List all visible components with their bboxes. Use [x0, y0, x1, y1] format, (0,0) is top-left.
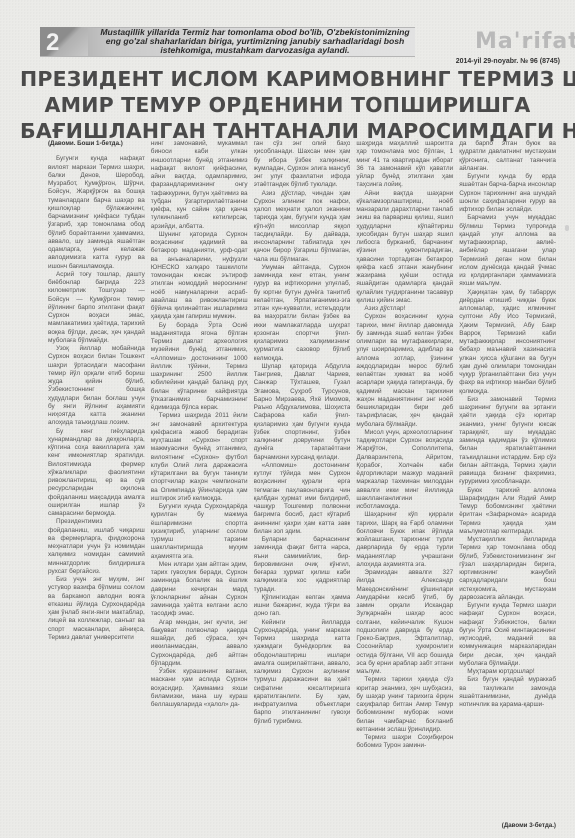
page-number: 2	[46, 29, 59, 56]
paragraph: Умуман айтганда, Сурхон заминида кенг ет…	[254, 264, 351, 363]
paragraph: Ўзбек курашининг ватани, маскани ҳам асл…	[151, 668, 248, 709]
article-column-2: нинг замонавий, мукаммал биноси каби улк…	[151, 140, 248, 830]
paragraph: Сурхон воҳасининг қуҳна тарихи, минг йил…	[356, 313, 453, 429]
paragraph: нинг замонавий, мукаммал биноси каби улк…	[151, 140, 248, 231]
paragraph: «Алпомиш» достонининг кутлуғ тўйида мен …	[254, 462, 351, 536]
paragraph: Президентимиз фойдаланиш, ишлаб чиқариш …	[48, 518, 145, 576]
paragraph: Кейинги йилларда Сурхондарёда, унинг мар…	[254, 619, 351, 726]
article-column-1: (Давоми. Боши 1-бетда.) Бугунги кунда на…	[48, 140, 145, 830]
article-column-5: да барпо этган буюк ва қудратли давлатни…	[459, 140, 556, 830]
paragraph: Термиз шаҳри Соҳибқирон бобомиз Турон за…	[356, 734, 453, 751]
article-headline: ПРЕЗИДЕНТ ИСЛОМ КАРИМОВНИНГ ТЕРМИЗ ШАҲРИ…	[20, 66, 555, 144]
paragraph: Узоқ йиллар мобайнида Сурхон воҳаси била…	[48, 345, 145, 428]
masthead-logo: Ma'rifat	[475, 29, 575, 54]
paragraph: Муҳтарам юртдошлар!	[459, 668, 556, 676]
headline-line-1: ПРЕЗИДЕНТ ИСЛОМ КАРИМОВНИНГ ТЕРМИЗ ШАҲРИ…	[20, 66, 555, 92]
paragraph: Мисол учун, археологларнинг тадқиқотлари…	[356, 429, 453, 512]
paragraph: Бугунги кунда Сурхондарёда қурилган бу м…	[151, 503, 248, 561]
paragraph: Термиз тарихи ҳақида сўз юритар эканмиз,…	[356, 676, 453, 734]
paragraph: Қўлингиздан келган ҳамма ишни бажаринг, …	[254, 594, 351, 619]
paragraph: Барчамиз учун муқаддас бўлмиш Термиз туп…	[459, 214, 556, 288]
paragraph: да барпо этган буюк ва қудратли давлатни…	[459, 140, 556, 173]
paragraph: Термиз шаҳрида 2011 йили энг замонавий а…	[151, 412, 248, 503]
article-body: (Давоми. Боши 1-бетда.) Бугунги кунда на…	[48, 140, 556, 830]
paragraph: Эрамиздан аввалги 327 йилда Александр Ма…	[356, 569, 453, 676]
paragraph: шаҳрида маҳаллий шароитга ҳар томонлама …	[356, 140, 453, 190]
paragraph: Шаҳарнинг кўп қиррали тарихи, Шарқ ва Ға…	[356, 511, 453, 569]
paragraph: Шунинг қаторида Сурхон воҳасининг қадими…	[151, 231, 248, 322]
paragraph: Ҳақиқатан ҳам, бу табаррук диёрдан етиши…	[459, 289, 556, 396]
paragraph: Азиз дўстлар!	[356, 305, 453, 313]
paragraph: Мен илгари ҳам айтган эдим, тарих гувоҳл…	[151, 561, 248, 619]
page-number-tab: 2	[40, 27, 88, 56]
newspaper-page: 2 Mustaqillik yillarida Termiz har tomon…	[0, 0, 575, 838]
paragraph: Бугунги кунда нафақат вилоят маркази Тер…	[48, 155, 145, 271]
paragraph: Мустақиллик йилларида Термиз ҳар томонла…	[459, 536, 556, 602]
continued-from-note: (Давоми. Боши 1-бетда.)	[48, 140, 145, 148]
scan-artifact	[565, 225, 569, 231]
issue-date-line: 2014-yil 29-noyabr. № 96 (8745)	[400, 58, 560, 65]
article-column-3: ган сўз энг олий баҳо ҳисобланади. Шахса…	[254, 140, 351, 830]
paragraph: Агар мендан, энг кучли, энг бақувват пол…	[151, 619, 248, 669]
paragraph: Бугунги кунда бу ерда яшаётган барча-бар…	[459, 173, 556, 214]
continued-to-note: (Давоми 3-бетда.)	[502, 822, 556, 830]
paragraph: Бугунги кунда Термиз шаҳри нафақат Сурхо…	[459, 602, 556, 668]
paragraph: Биз замонавий Термиз шаҳрининг бугунги в…	[459, 396, 556, 487]
paragraph: Айни вақтда шаҳарни кўкаламзорлаштириш, …	[356, 190, 453, 306]
header-motto: Mustaqillik yillarida Termiz har tomonla…	[95, 28, 415, 56]
paragraph: Шулар қаторида Абдулла Тангриев, Давлат …	[254, 363, 351, 462]
paragraph: Биз бугун қандай мураккаб ва таҳликали з…	[459, 676, 556, 709]
paragraph: Буюк тарихий аллома Шарафиддин Али Яздий…	[459, 487, 556, 537]
paragraph: Бу борада Ўрта Осиё маданиятида ягона бў…	[151, 322, 248, 413]
paragraph: Бу кенг гиёҳларида ҳунармандлар ва деҳқо…	[48, 428, 145, 519]
paragraph: Биз учун энг муҳим, энг устувор вазифа б…	[48, 576, 145, 642]
paragraph: Буларни барчасининг заминида фақат битта…	[254, 536, 351, 594]
paragraph: Асрий тоғу тошлар, дашту биёбонлар бағри…	[48, 271, 145, 345]
paragraph: ган сўз энг олий баҳо ҳисобланади. Шахса…	[254, 140, 351, 190]
article-column-4: шаҳрида маҳаллий шароитга ҳар томонлама …	[356, 140, 453, 830]
paragraph: Азиз дўстлар, чиндан ҳам Сурхон элининг …	[254, 190, 351, 264]
headline-line-2: АМИР ТЕМУР ОРДЕНИНИ ТОПШИРИШГА	[20, 92, 555, 118]
